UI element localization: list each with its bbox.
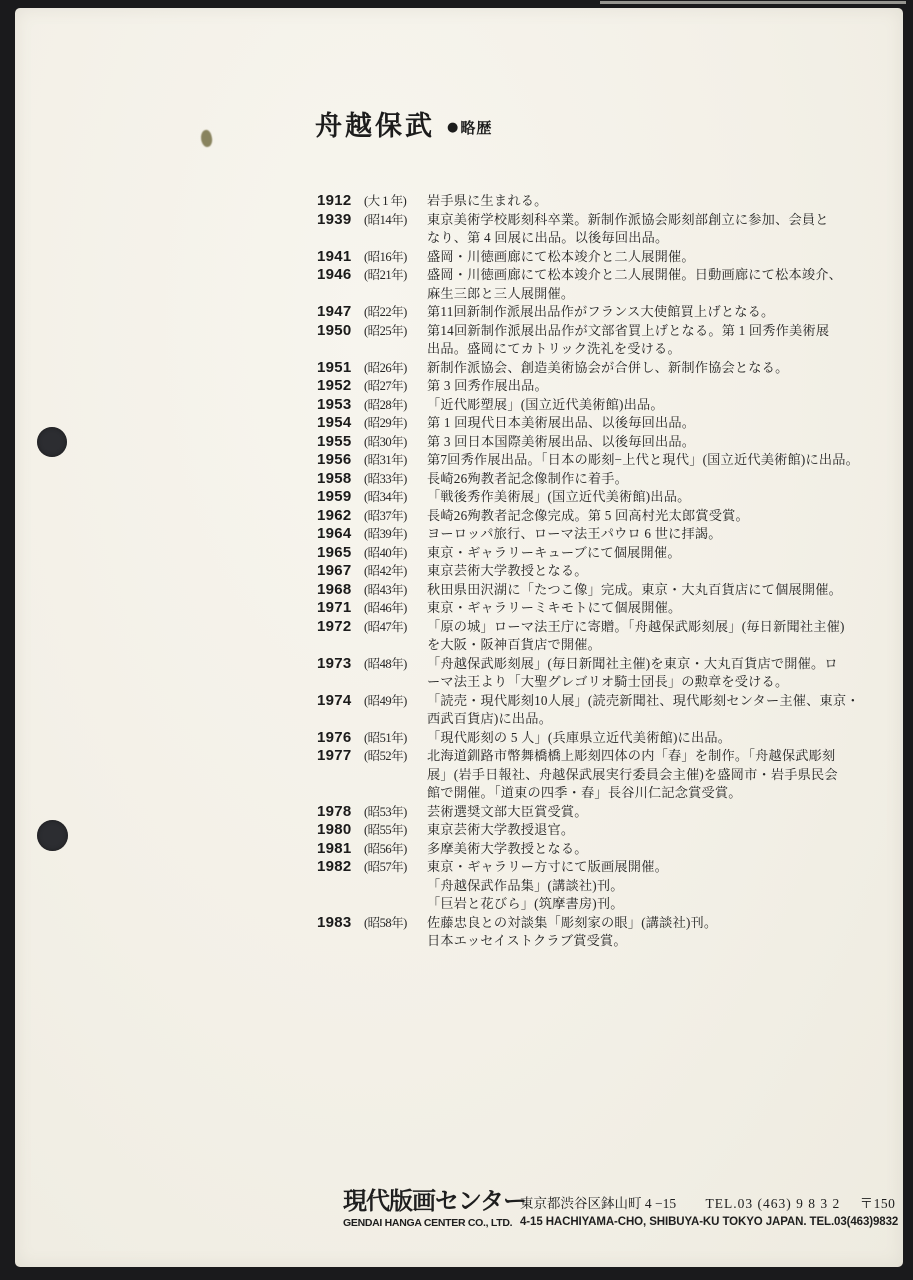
- chronology-entry: 1983 (昭58年) 佐藤忠良との対談集「彫刻家の眼」(講談社)刊。 日本エッ…: [317, 914, 887, 951]
- chronology-entry: 1951 (昭26年) 新制作派協会、創造美術協会が合併し、新制作協会となる。: [317, 359, 887, 378]
- entry-year: 1956: [317, 451, 364, 470]
- entry-year: 1952: [317, 377, 364, 396]
- entry-text: 東京芸術大学教授退官。: [427, 821, 887, 840]
- chronology-entry: 1954 (昭29年) 第 1 回現代日本美術展出品、以後毎回出品。: [317, 414, 887, 433]
- postal-code: 〒150: [860, 1196, 896, 1211]
- entry-text: 第11回新制作派展出品作がフランス大使館買上げとなる。: [427, 303, 887, 322]
- chronology-entry: 1973 (昭48年) 「舟越保武彫刻展」(毎日新聞社主催)を東京・大丸百貨店で…: [317, 655, 887, 692]
- entry-text: 新制作派協会、創造美術協会が合併し、新制作協会となる。: [427, 359, 887, 378]
- entry-year: 1951: [317, 359, 364, 378]
- entry-year: 1953: [317, 396, 364, 415]
- biography-label: 略歴: [460, 117, 492, 138]
- chronology-entry: 1968 (昭43年) 秋田県田沢湖に「たつこ像」完成。東京・大丸百貨店にて個展…: [317, 581, 887, 600]
- entry-year: 1977: [317, 747, 364, 766]
- entry-year: 1968: [317, 581, 364, 600]
- chronology-entry: 1980 (昭55年) 東京芸術大学教授退官。: [317, 821, 887, 840]
- footer: 現代版画センター GENDAI HANGA CENTER CO., LTD. 東…: [343, 1189, 898, 1229]
- chronology-entry: 1974 (昭49年) 「読売・現代彫刻10人展」(読売新聞社、現代彫刻センター…: [317, 692, 887, 729]
- entry-text: 東京芸術大学教授となる。: [427, 562, 887, 581]
- chronology-entry: 1955 (昭30年) 第 3 回日本国際美術展出品、以後毎回出品。: [317, 433, 887, 452]
- entry-text: 第14回新制作派展出品作が文部省買上げとなる。第 1 回秀作美術展 出品。盛岡に…: [427, 322, 887, 359]
- entry-era: (昭47年): [364, 618, 427, 637]
- entry-year: 1955: [317, 433, 364, 452]
- entry-era: (昭53年): [364, 803, 427, 822]
- entry-era: (昭27年): [364, 377, 427, 396]
- entry-era: (昭40年): [364, 544, 427, 563]
- entry-era: (昭57年): [364, 858, 427, 877]
- entry-year: 1964: [317, 525, 364, 544]
- entry-text: 盛岡・川徳画廊にて松本竣介と二人展開催。日動画廊にて松本竣介、 麻生三郎と三人展…: [427, 266, 887, 303]
- entry-year: 1959: [317, 488, 364, 507]
- artist-name: 舟越保武: [315, 104, 435, 143]
- section-label: ● 略歴: [447, 117, 492, 138]
- entry-era: (昭56年): [364, 840, 427, 859]
- entry-text: 東京・ギャラリーミキモトにて個展開催。: [427, 599, 887, 618]
- entry-text: 長崎26殉教者記念像制作に着手。: [427, 470, 887, 489]
- chronology-entry: 1976 (昭51年) 「現代彫刻の 5 人」(兵庫県立近代美術館)に出品。: [317, 729, 887, 748]
- entry-era: (昭31年): [364, 451, 427, 470]
- company-logo: 現代版画センター GENDAI HANGA CENTER CO., LTD.: [343, 1189, 520, 1229]
- entry-text: 東京・ギャラリーキューブにて個展開催。: [427, 544, 887, 563]
- entry-year: 1974: [317, 692, 364, 711]
- chronology-entry: 1971 (昭46年) 東京・ギャラリーミキモトにて個展開催。: [317, 599, 887, 618]
- entry-era: (昭52年): [364, 747, 427, 766]
- entry-year: 1972: [317, 618, 364, 637]
- entry-text: 東京美術学校彫刻科卒業。新制作派協会彫刻部創立に参加、会員と なり、第 4 回展…: [427, 211, 887, 248]
- entry-era: (昭21年): [364, 266, 427, 285]
- entry-era: (昭58年): [364, 914, 427, 933]
- entry-era: (昭49年): [364, 692, 427, 711]
- entry-era: (昭51年): [364, 729, 427, 748]
- entry-era: (昭16年): [364, 248, 427, 267]
- entry-year: 1939: [317, 211, 364, 230]
- entry-text: 第 3 回日本国際美術展出品、以後毎回出品。: [427, 433, 887, 452]
- entry-era: (昭29年): [364, 414, 427, 433]
- entry-text: 北海道釧路市幣舞橋橋上彫刻四体の内「春」を制作。「舟越保武彫刻 展」(岩手日報社…: [427, 747, 887, 803]
- entry-era: (昭30年): [364, 433, 427, 452]
- chronology-entry: 1956 (昭31年) 第7回秀作展出品。「日本の彫刻−上代と現代」(国立近代美…: [317, 451, 887, 470]
- entry-text: 「舟越保武彫刻展」(毎日新聞社主催)を東京・大丸百貨店で開催。ロ ーマ法王より「…: [427, 655, 887, 692]
- paper-sheet: 舟越保武 ● 略歴 1912 (大 1 年) 岩手県に生まれる。 1939 (昭…: [15, 8, 903, 1267]
- entry-era: (昭14年): [364, 211, 427, 230]
- entry-year: 1973: [317, 655, 364, 674]
- entry-text: 第7回秀作展出品。「日本の彫刻−上代と現代」(国立近代美術館)に出品。: [427, 451, 887, 470]
- entry-era: (昭48年): [364, 655, 427, 674]
- chronology-entry: 1972 (昭47年) 「原の城」ローマ法王庁に寄贈。「舟越保武彫刻展」(毎日新…: [317, 618, 887, 655]
- address-line-english: 4-15 HACHIYAMA-CHO, SHIBUYA-KU TOKYO JAP…: [520, 1216, 898, 1228]
- entry-era: (昭25年): [364, 322, 427, 341]
- entry-text: 「現代彫刻の 5 人」(兵庫県立近代美術館)に出品。: [427, 729, 887, 748]
- entry-text: 芸術選奨文部大臣賞受賞。: [427, 803, 887, 822]
- entry-year: 1978: [317, 803, 364, 822]
- entry-text: 盛岡・川徳画廊にて松本竣介と二人展開催。: [427, 248, 887, 267]
- chronology-entry: 1941 (昭16年) 盛岡・川徳画廊にて松本竣介と二人展開催。: [317, 248, 887, 267]
- entry-year: 1958: [317, 470, 364, 489]
- entry-year: 1941: [317, 248, 364, 267]
- scanned-page: 舟越保武 ● 略歴 1912 (大 1 年) 岩手県に生まれる。 1939 (昭…: [0, 0, 913, 1280]
- chronology-entry: 1950 (昭25年) 第14回新制作派展出品作が文部省買上げとなる。第 1 回…: [317, 322, 887, 359]
- address-line-japanese: 東京都渋谷区鉢山町 4 −15 TEL.03 (463) 9 8 3 2 〒15…: [520, 1192, 898, 1212]
- entry-year: 1962: [317, 507, 364, 526]
- company-name-japanese: 現代版画センター: [343, 1189, 520, 1215]
- entry-text: 「近代彫塑展」(国立近代美術館)出品。: [427, 396, 887, 415]
- chronology-entry: 1947 (昭22年) 第11回新制作派展出品作がフランス大使館買上げとなる。: [317, 303, 887, 322]
- telephone-japanese: TEL.03 (463) 9 8 3 2: [706, 1196, 841, 1211]
- chronology-entry: 1981 (昭56年) 多摩美術大学教授となる。: [317, 840, 887, 859]
- chronology-list: 1912 (大 1 年) 岩手県に生まれる。 1939 (昭14年) 東京美術学…: [317, 192, 887, 951]
- entry-text: ヨーロッパ旅行、ローマ法王パウロ 6 世に拝謁。: [427, 525, 887, 544]
- entry-year: 1965: [317, 544, 364, 563]
- entry-year: 1947: [317, 303, 364, 322]
- entry-text: 長崎26殉教者記念像完成。第 5 回高村光太郎賞受賞。: [427, 507, 887, 526]
- chronology-entry: 1912 (大 1 年) 岩手県に生まれる。: [317, 192, 887, 211]
- entry-era: (昭37年): [364, 507, 427, 526]
- chronology-entry: 1939 (昭14年) 東京美術学校彫刻科卒業。新制作派協会彫刻部創立に参加、会…: [317, 211, 887, 248]
- chronology-entry: 1959 (昭34年) 「戦後秀作美術展」(国立近代美術館)出品。: [317, 488, 887, 507]
- entry-year: 1982: [317, 858, 364, 877]
- chronology-entry: 1964 (昭39年) ヨーロッパ旅行、ローマ法王パウロ 6 世に拝謁。: [317, 525, 887, 544]
- chronology-entry: 1946 (昭21年) 盛岡・川徳画廊にて松本竣介と二人展開催。日動画廊にて松本…: [317, 266, 887, 303]
- company-address: 東京都渋谷区鉢山町 4 −15 TEL.03 (463) 9 8 3 2 〒15…: [520, 1192, 898, 1229]
- entry-era: (昭39年): [364, 525, 427, 544]
- entry-year: 1946: [317, 266, 364, 285]
- entry-year: 1967: [317, 562, 364, 581]
- entry-year: 1912: [317, 192, 364, 211]
- chronology-entry: 1962 (昭37年) 長崎26殉教者記念像完成。第 5 回高村光太郎賞受賞。: [317, 507, 887, 526]
- entry-text: 第 3 回秀作展出品。: [427, 377, 887, 396]
- entry-text: 秋田県田沢湖に「たつこ像」完成。東京・大丸百貨店にて個展開催。: [427, 581, 887, 600]
- entry-text: 「戦後秀作美術展」(国立近代美術館)出品。: [427, 488, 887, 507]
- entry-era: (大 1 年): [364, 192, 427, 211]
- entry-era: (昭34年): [364, 488, 427, 507]
- street-address-japanese: 東京都渋谷区鉢山町 4 −15: [520, 1196, 676, 1211]
- bullet-icon: ●: [447, 121, 458, 134]
- entry-text: 第 1 回現代日本美術展出品、以後毎回出品。: [427, 414, 887, 433]
- chronology-entry: 1982 (昭57年) 東京・ギャラリー方寸にて版画展開催。 「舟越保武作品集」…: [317, 858, 887, 914]
- entry-year: 1980: [317, 821, 364, 840]
- paper-stain: [199, 129, 214, 148]
- entry-era: (昭33年): [364, 470, 427, 489]
- chronology-entry: 1953 (昭28年) 「近代彫塑展」(国立近代美術館)出品。: [317, 396, 887, 415]
- scanner-edge-line: [600, 1, 906, 4]
- entry-era: (昭26年): [364, 359, 427, 378]
- entry-era: (昭46年): [364, 599, 427, 618]
- entry-year: 1976: [317, 729, 364, 748]
- chronology-entry: 1965 (昭40年) 東京・ギャラリーキューブにて個展開催。: [317, 544, 887, 563]
- chronology-entry: 1978 (昭53年) 芸術選奨文部大臣賞受賞。: [317, 803, 887, 822]
- company-name-english: GENDAI HANGA CENTER CO., LTD.: [343, 1217, 520, 1229]
- chronology-entry: 1958 (昭33年) 長崎26殉教者記念像制作に着手。: [317, 470, 887, 489]
- entry-era: (昭22年): [364, 303, 427, 322]
- entry-text: 「読売・現代彫刻10人展」(読売新聞社、現代彫刻センター主催、東京・ 西武百貨店…: [427, 692, 887, 729]
- chronology-entry: 1977 (昭52年) 北海道釧路市幣舞橋橋上彫刻四体の内「春」を制作。「舟越保…: [317, 747, 887, 803]
- entry-year: 1950: [317, 322, 364, 341]
- entry-text: 岩手県に生まれる。: [427, 192, 887, 211]
- entry-year: 1983: [317, 914, 364, 933]
- chronology-entry: 1967 (昭42年) 東京芸術大学教授となる。: [317, 562, 887, 581]
- entry-year: 1981: [317, 840, 364, 859]
- entry-year: 1971: [317, 599, 364, 618]
- entry-era: (昭42年): [364, 562, 427, 581]
- entry-text: 多摩美術大学教授となる。: [427, 840, 887, 859]
- entry-text: 佐藤忠良との対談集「彫刻家の眼」(講談社)刊。 日本エッセイストクラブ賞受賞。: [427, 914, 887, 951]
- entry-text: 東京・ギャラリー方寸にて版画展開催。 「舟越保武作品集」(講談社)刊。 「巨岩と…: [427, 858, 887, 914]
- chronology-entry: 1952 (昭27年) 第 3 回秀作展出品。: [317, 377, 887, 396]
- entry-text: 「原の城」ローマ法王庁に寄贈。「舟越保武彫刻展」(毎日新聞社主催) を大阪・阪神…: [427, 618, 887, 655]
- entry-era: (昭55年): [364, 821, 427, 840]
- entry-year: 1954: [317, 414, 364, 433]
- entry-era: (昭28年): [364, 396, 427, 415]
- punch-hole-top: [37, 427, 67, 457]
- page-title: 舟越保武 ● 略歴: [315, 104, 492, 143]
- entry-era: (昭43年): [364, 581, 427, 600]
- punch-hole-bottom: [37, 820, 68, 851]
